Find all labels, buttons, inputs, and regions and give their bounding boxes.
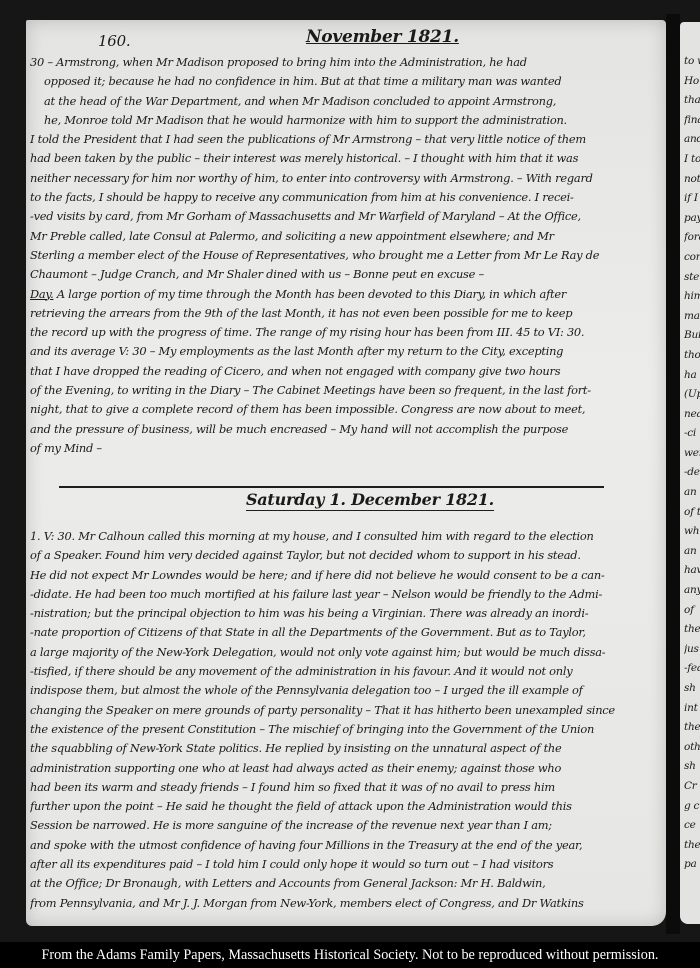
adjacent-fragment: hav xyxy=(684,561,700,581)
entry-line: of the Evening, to writing in the Diary … xyxy=(30,381,664,400)
adjacent-fragment: of xyxy=(684,601,700,621)
adjacent-fragment: Ho s xyxy=(684,72,700,92)
adjacent-fragment: (Up xyxy=(684,385,700,405)
entry-line: administration supporting one who at lea… xyxy=(30,759,664,778)
entry-line: opposed it; because he had no confidence… xyxy=(30,72,664,91)
entry-line: indispose them, but almost the whole of … xyxy=(30,681,664,700)
november-entry: 30 – Armstrong, when Mr Madison proposed… xyxy=(30,53,664,458)
entry-line: after all its expenditures paid – I told… xyxy=(30,855,664,874)
adjacent-fragment: fina xyxy=(684,111,700,131)
adjacent-fragment: of t xyxy=(684,503,700,523)
manuscript-page-left: 160. November 1821. 30 – Armstrong, when… xyxy=(26,20,666,926)
entry-line: and spoke with the utmost confidence of … xyxy=(30,836,664,855)
entry-line: and its average V: 30 – My employments a… xyxy=(30,342,664,361)
entry-line: at the head of the War Department, and w… xyxy=(30,92,664,111)
page-number: 160. xyxy=(98,32,130,51)
entry-line: changing the Speaker on mere grounds of … xyxy=(30,701,664,720)
adjacent-fragment: wer xyxy=(684,444,700,464)
adjacent-fragment: nea xyxy=(684,405,700,425)
adjacent-fragment: not xyxy=(684,170,700,190)
entry-line: the squabbling of New-York State politic… xyxy=(30,739,664,758)
entry-line: 30 – Armstrong, when Mr Madison proposed… xyxy=(30,53,664,72)
entry-line: at the Office; Dr Bronaugh, with Letters… xyxy=(30,874,664,893)
adjacent-fragment: and xyxy=(684,130,700,150)
adjacent-fragment: if I xyxy=(684,189,700,209)
date-heading: Saturday 1. December 1821. xyxy=(246,490,494,511)
adjacent-fragment: ma xyxy=(684,307,700,327)
adjacent-fragment: ce xyxy=(684,816,700,836)
entry-line: the record up with the progress of time.… xyxy=(30,323,664,342)
entry-line: -ved visits by card, from Mr Gorham of M… xyxy=(30,207,664,226)
adjacent-fragment: int xyxy=(684,699,700,719)
adjacent-fragment: I tol xyxy=(684,150,700,170)
entry-line: and the pressure of business, will be mu… xyxy=(30,420,664,439)
adjacent-fragment: jus xyxy=(684,640,700,660)
entry-line: had been taken by the public – their int… xyxy=(30,149,664,168)
entry-line-day: Day. A large portion of my time through … xyxy=(30,285,664,304)
entry-line: 1. V: 30. Mr Calhoun called this morning… xyxy=(30,527,664,546)
entry-line: the existence of the present Constitutio… xyxy=(30,720,664,739)
adjacent-fragment: sh xyxy=(684,679,700,699)
entry-line: -didate. He had been too much mortified … xyxy=(30,585,664,604)
month-heading: November 1821. xyxy=(306,28,459,47)
adjacent-page-text: to wHo sthatfinaandI tolnotif Ipayforaco… xyxy=(684,52,700,875)
adjacent-fragment: -de xyxy=(684,463,700,483)
adjacent-fragment: ste xyxy=(684,268,700,288)
entry-line: -nate proportion of Citizens of that Sta… xyxy=(30,623,664,642)
entry-line: that I have dropped the reading of Cicer… xyxy=(30,362,664,381)
entry-line: He did not expect Mr Lowndes would be he… xyxy=(30,566,664,585)
manuscript-page-right-fragment: to wHo sthatfinaandI tolnotif Ipayforaco… xyxy=(680,22,700,924)
entry-line: retrieving the arrears from the 9th of t… xyxy=(30,304,664,323)
entry-line: Mr Preble called, late Consul at Palermo… xyxy=(30,227,664,246)
adjacent-fragment: Cr xyxy=(684,777,700,797)
adjacent-fragment: oth xyxy=(684,738,700,758)
adjacent-fragment: g c xyxy=(684,797,700,817)
adjacent-fragment: fora xyxy=(684,228,700,248)
adjacent-fragment: an xyxy=(684,542,700,562)
entry-line: of my Mind – xyxy=(30,439,664,458)
adjacent-fragment: tho' xyxy=(684,346,700,366)
adjacent-fragment: sh xyxy=(684,757,700,777)
entry-divider xyxy=(59,486,604,488)
adjacent-fragment: pa xyxy=(684,855,700,875)
entry-line: neither necessary for him nor worthy of … xyxy=(30,169,664,188)
entry-line: from Pennsylvania, and Mr J. J. Morgan f… xyxy=(30,894,664,913)
entry-line: a large majority of the New-York Delegat… xyxy=(30,643,664,662)
adjacent-fragment: pay xyxy=(684,209,700,229)
copyright-footer: From the Adams Family Papers, Massachuse… xyxy=(0,942,700,968)
december-entry: 1. V: 30. Mr Calhoun called this morning… xyxy=(30,527,664,913)
entry-line: he, Monroe told Mr Madison that he would… xyxy=(30,111,664,130)
entry-line: had been its warm and steady friends – I… xyxy=(30,778,664,797)
manuscript-scan: 160. November 1821. 30 – Armstrong, when… xyxy=(0,0,700,942)
entry-line: to the facts, I should be happy to recei… xyxy=(30,188,664,207)
entry-line: -tisfied, if there should be any movemen… xyxy=(30,662,664,681)
entry-line: Session be narrowed. He is more sanguine… xyxy=(30,816,664,835)
entry-line: night, that to give a complete record of… xyxy=(30,400,664,419)
adjacent-fragment: the xyxy=(684,718,700,738)
entry-line: Chaumont – Judge Cranch, and Mr Shaler d… xyxy=(30,265,664,284)
adjacent-fragment: the xyxy=(684,620,700,640)
entry-line: of a Speaker. Found him very decided aga… xyxy=(30,546,664,565)
entry-line: I told the President that I had seen the… xyxy=(30,130,664,149)
adjacent-fragment: to w xyxy=(684,52,700,72)
adjacent-fragment: -ci xyxy=(684,424,700,444)
entry-line: Sterling a member elect of the House of … xyxy=(30,246,664,265)
adjacent-fragment: ha xyxy=(684,366,700,386)
book-gutter xyxy=(666,14,680,934)
adjacent-fragment: an xyxy=(684,483,700,503)
adjacent-fragment: any xyxy=(684,581,700,601)
adjacent-fragment: him xyxy=(684,287,700,307)
adjacent-fragment: con xyxy=(684,248,700,268)
adjacent-fragment: the xyxy=(684,836,700,856)
adjacent-fragment: -fea xyxy=(684,659,700,679)
day-label: Day. xyxy=(30,287,53,301)
adjacent-fragment: Bui xyxy=(684,326,700,346)
entry-line: -nistration; but the principal objection… xyxy=(30,604,664,623)
entry-line: further upon the point – He said he thou… xyxy=(30,797,664,816)
adjacent-fragment: wh xyxy=(684,522,700,542)
adjacent-fragment: that xyxy=(684,91,700,111)
